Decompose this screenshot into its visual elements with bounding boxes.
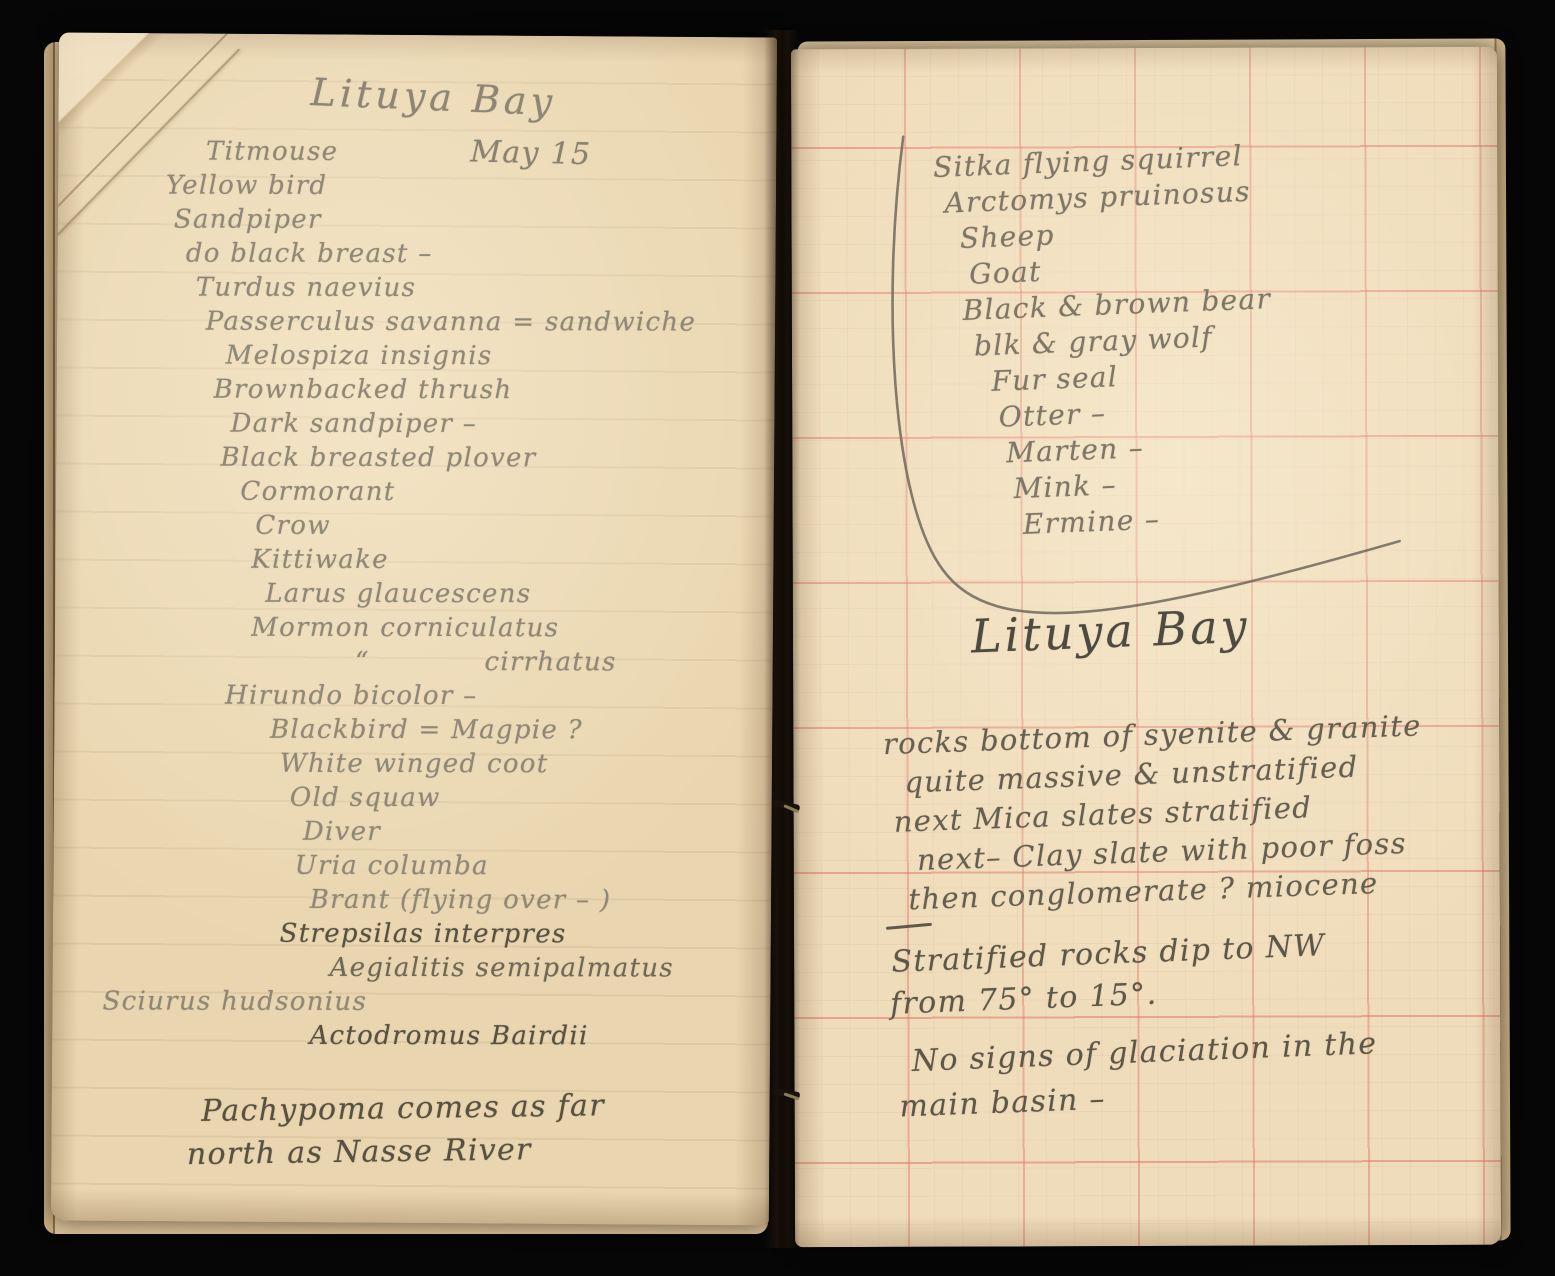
list-item: Uria columba (295, 849, 773, 884)
list-item: do black breast – (186, 237, 774, 272)
left-page: Lituya Bay May 15 Titmouse Yellow bird S… (51, 33, 777, 1226)
list-item: Brant (flying over – ) (310, 883, 773, 918)
list-item: Cormorant (240, 475, 773, 510)
list-item: Blackbird = Magpie ? (270, 713, 773, 748)
range-note: Pachypoma comes as far north as Nasse Ri… (51, 1082, 770, 1178)
list-item: Actodromus Bairdii (309, 1019, 772, 1054)
list-item: Yellow bird (166, 169, 774, 204)
binding-gutter (764, 30, 800, 1248)
page-title: Lituya Bay (310, 70, 557, 124)
list-item: Passerculus savanna = sandwiche (206, 305, 774, 340)
list-item: White winged coot (280, 747, 773, 782)
mammal-list: Sitka flying squirrel Arctomys pruinosus… (791, 129, 1501, 552)
section-heading: Lituya Bay (970, 599, 1250, 664)
list-item: Mormon corniculatus (251, 611, 773, 646)
list-item: Black breasted plover (220, 441, 773, 476)
list-item: Brownbacked thrush (214, 373, 774, 408)
list-item: Aegialitis semipalmatus (330, 951, 773, 986)
list-item: Strepsilas interpres (280, 917, 773, 952)
list-item: “ cirrhatus (355, 645, 773, 680)
glaciation-notes: No signs of glaciation in the main basin… (793, 1016, 1501, 1133)
list-item: Kittiwake (251, 543, 773, 578)
list-item: Turdus naevius (196, 271, 774, 306)
stitch-mark (773, 1088, 801, 1100)
list-item: Larus glaucescens (265, 577, 773, 612)
list-item: Old squaw (290, 781, 773, 816)
list-item: Hirundo bicolor – (225, 679, 773, 714)
stitch-mark (773, 799, 801, 812)
dash-stroke (886, 923, 932, 930)
geology-notes: rocks bottom of syenite & granite quite … (791, 704, 1501, 924)
notebook-scan: Lituya Bay May 15 Titmouse Yellow bird S… (0, 0, 1555, 1276)
list-item: Diver (303, 815, 773, 850)
right-page: Sitka flying squirrel Arctomys pruinosus… (791, 47, 1501, 1247)
list-item: Sandpiper (174, 203, 774, 238)
list-item: Dark sandpiper – (231, 407, 774, 442)
list-item: Crow (255, 509, 773, 544)
note-line: north as Nasse River (187, 1125, 771, 1176)
list-item: Melospiza insignis (226, 339, 774, 374)
list-item: Titmouse (206, 135, 774, 170)
bird-species-list: Titmouse Yellow bird Sandpiper do black … (54, 134, 774, 1053)
list-item: Sciurus hudsonius (103, 984, 773, 1019)
dip-notes: Stratified rocks dip to NW from 75° to 1… (793, 918, 1501, 1029)
